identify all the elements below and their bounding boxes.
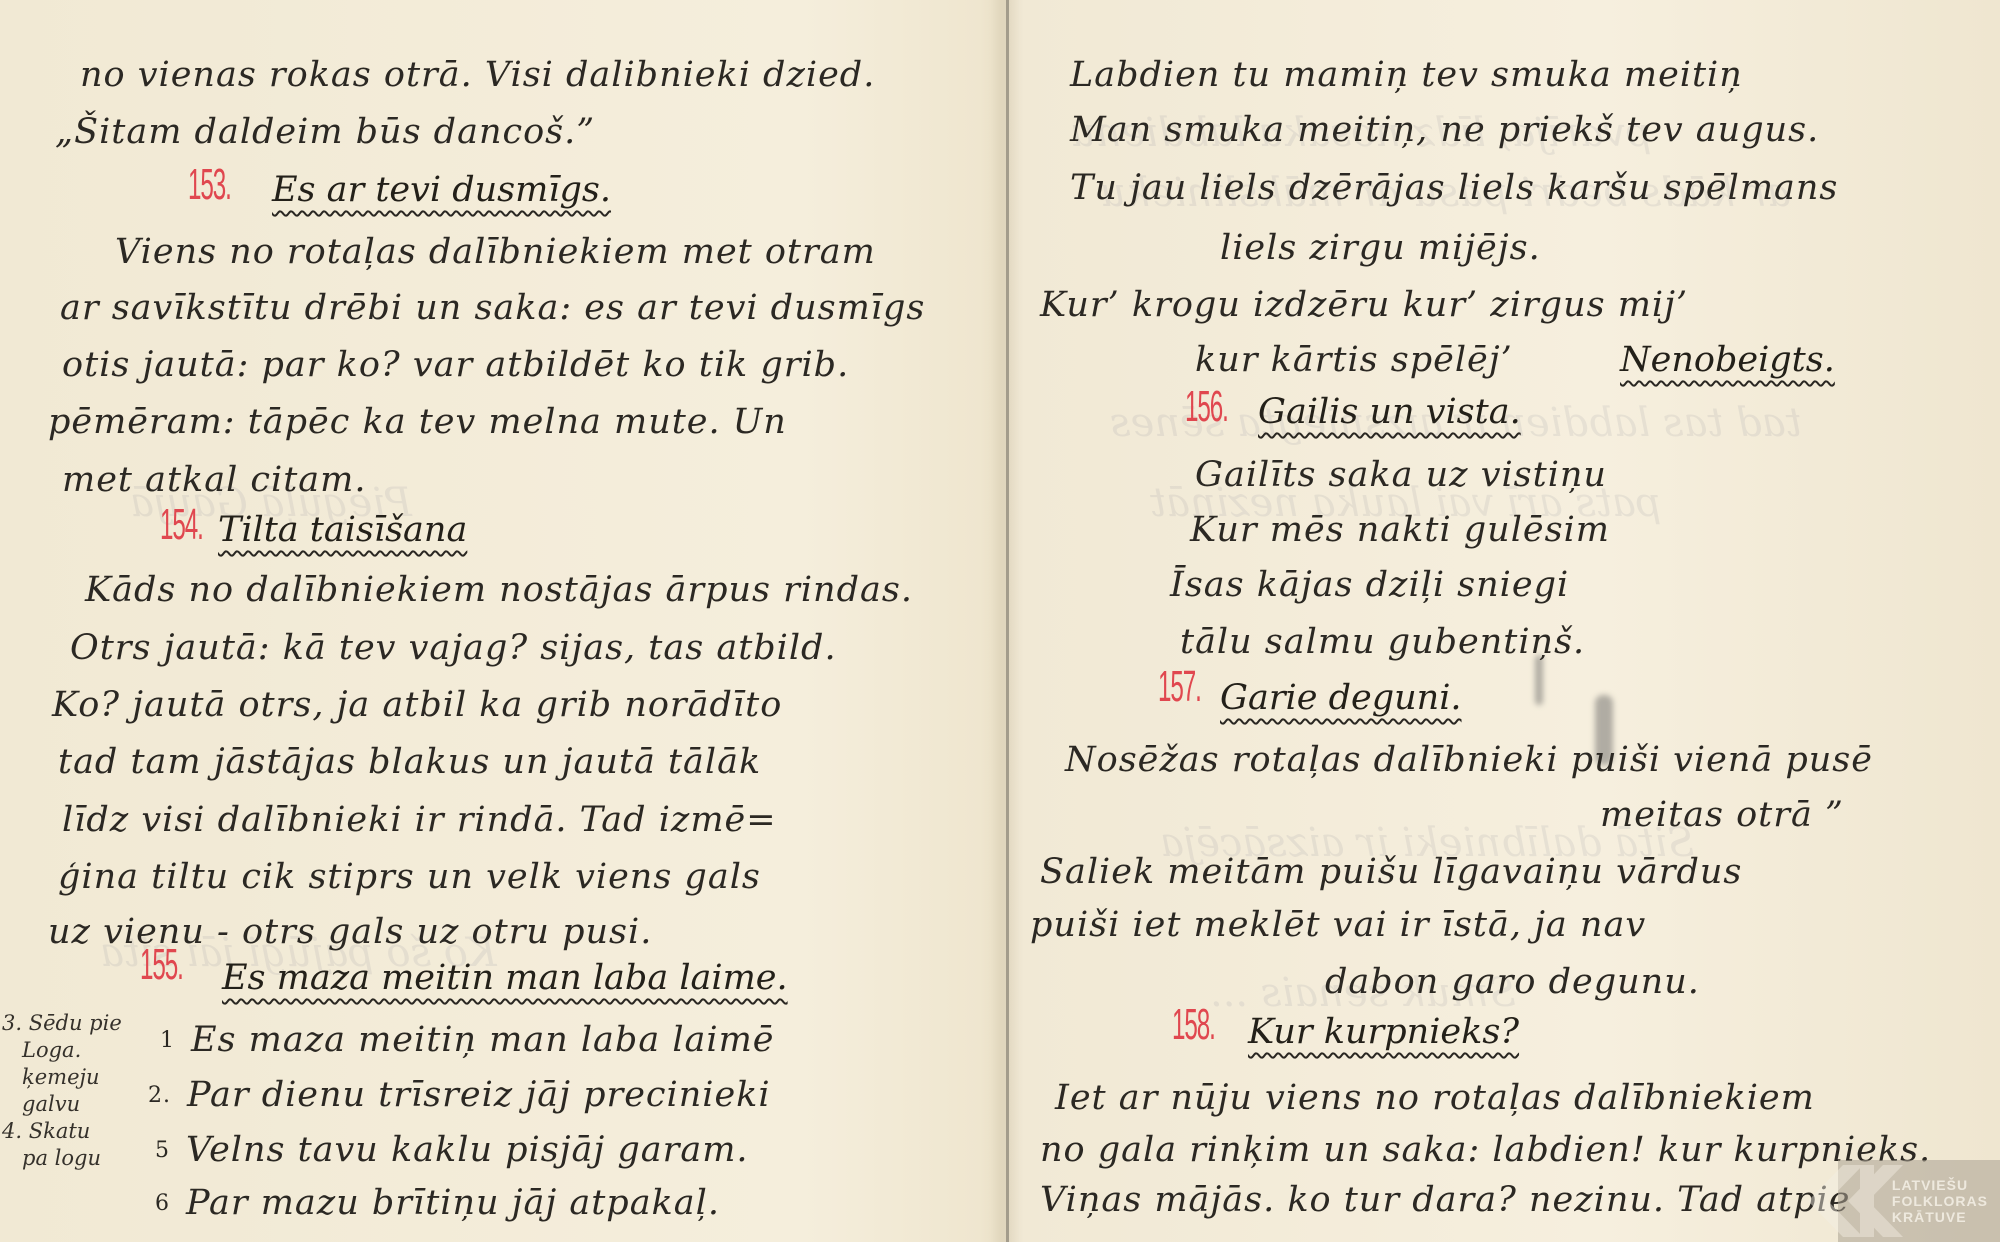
text-line: uz vienu - otrs gals uz otru pusi. [48, 912, 652, 952]
verse-text: Velns tavu kaklu pisjāj garam. [186, 1130, 749, 1170]
entry-number: 154. [160, 500, 203, 550]
text-line: Viens no rotaļas dalībniekiem met otram [115, 232, 876, 272]
text-line: no vienas rokas otrā. Visi dalibnieki dz… [80, 55, 875, 95]
entry-number: 153. [188, 160, 231, 210]
entry-heading-153: 153. [188, 160, 266, 210]
text-line: Ko? jautā otrs, ja atbil ka grib norādīt… [52, 685, 782, 725]
text-line: pēmēram: tāpēc ka tev melna mute. Un [48, 402, 787, 442]
text-line: tad tam jāstājas blakus un jautā tālāk [58, 742, 761, 782]
text-line: ģina tiltu cik stiprs un velk viens gals [58, 857, 761, 897]
entry-number: 158. [1172, 1000, 1215, 1050]
text-line: Tu jau liels dzērājas liels karšu spēlma… [1070, 168, 1838, 208]
text-line: Kur’ krogu izdzēru kur’ zirgus mij’ [1040, 285, 1688, 325]
verse-number: 5 [155, 1138, 170, 1163]
text-line: met atkal citam. [62, 460, 366, 500]
text-line: tālu salmu gubentiņš. [1180, 622, 1585, 662]
verse-line: 1Es maza meitiņ man laba laimē [160, 1020, 774, 1060]
text-line: Īsas kājas dziļi sniegi [1170, 565, 1569, 605]
text-line: puiši iet meklēt vai ir īstā, ja nav [1030, 905, 1646, 945]
text-line: Kur mēs nakti gulēsim [1190, 510, 1610, 550]
verse-text: Es maza meitiņ man laba laimē [191, 1020, 774, 1060]
entry-number: 156. [1185, 382, 1228, 432]
entry-number: 157. [1158, 662, 1201, 712]
lfk-logo-icon [1798, 1160, 1918, 1242]
text-line: kur kārtis spēlēj’ [1195, 340, 1513, 380]
entry-title: Es ar tevi dusmīgs. [272, 170, 611, 216]
verse-text: Par dienu trīsreiz jāj precinieki [187, 1075, 771, 1115]
verse-text: Par mazu brītiņu jāj atpakaļ. [186, 1183, 720, 1223]
text-line: Nosēžas rotaļas dalībnieki puiši vienā p… [1065, 740, 1873, 780]
right-page: Labdien tu mamiņ tev smuka meitiņ Man sm… [1010, 0, 2000, 1242]
text-line: „Šitam daldeim būs dancoš.” [55, 112, 595, 152]
text-line: Saliek meitām puišu līgavaiņu vārdus [1040, 852, 1742, 892]
manuscript-spread: pvarīja, līdz nosaka labdienu ar kāds be… [0, 0, 2000, 1242]
entry-title: Gailis un vista. [1258, 392, 1521, 438]
text-line: meitas otrā ” [1600, 795, 1844, 835]
text-line: Kāds no dalībniekiem nostājas ārpus rind… [85, 570, 913, 610]
text-line: dabon garo degunu. [1325, 962, 1700, 1002]
text-line: ar savīkstītu drēbi un saka: es ar tevi … [60, 288, 925, 328]
entry-title: Garie deguni. [1220, 678, 1462, 724]
verse-number: 6 [155, 1191, 170, 1216]
text-line: otis jautā: par ko? var atbildēt ko tik … [62, 345, 849, 385]
text-line: līdz visi dalībnieki ir rindā. Tad izmē= [62, 800, 777, 840]
margin-note: 3. Sēdu pie Loga. ķemeju galvu 4. Skatu … [2, 1010, 122, 1172]
text-line: Otrs jautā: kā tev vajag? sijas, tas atb… [70, 628, 837, 668]
entry-title: Kur kurpnieks? [1248, 1012, 1519, 1058]
entry-heading-158: 158. [1172, 1000, 1250, 1050]
text-line: Gailīts saka uz vistiņu [1195, 455, 1607, 495]
unfinished-note: Nenobeigts. [1620, 340, 1835, 386]
text-line: Labdien tu mamiņ tev smuka meitiņ [1070, 55, 1743, 95]
entry-number: 155. [140, 940, 183, 990]
verse-line: 6Par mazu brītiņu jāj atpakaļ. [155, 1183, 720, 1223]
verse-line: 5Velns tavu kaklu pisjāj garam. [155, 1130, 749, 1170]
text-line: Viņas mājās. ko tur dara? nezinu. Tad at… [1040, 1180, 1850, 1220]
text-line: liels zirgu mijējs. [1220, 228, 1541, 268]
verse-number: 2. [148, 1083, 171, 1108]
verse-line: 2.Par dienu trīsreiz jāj precinieki [148, 1075, 771, 1115]
entry-title: Es maza meitin man laba laime. [222, 958, 788, 1004]
page-fold-line [1006, 0, 1009, 1242]
archive-watermark: LATVIEŠU FOLKLORAS KRĀTUVE [1838, 1160, 2000, 1242]
verse-number: 1 [160, 1028, 175, 1053]
text-line: Man smuka meitiņ, ne priekš tev augus. [1070, 110, 1819, 150]
text-line: Iet ar nūju viens no rotaļas dalībniekie… [1055, 1078, 1815, 1118]
left-page: no vienas rokas otrā. Visi dalibnieki dz… [0, 0, 1004, 1242]
entry-title: Tilta taisīšana [218, 510, 467, 556]
entry-heading-155: 155. [140, 940, 218, 990]
entry-heading-156: 156. [1185, 382, 1263, 432]
